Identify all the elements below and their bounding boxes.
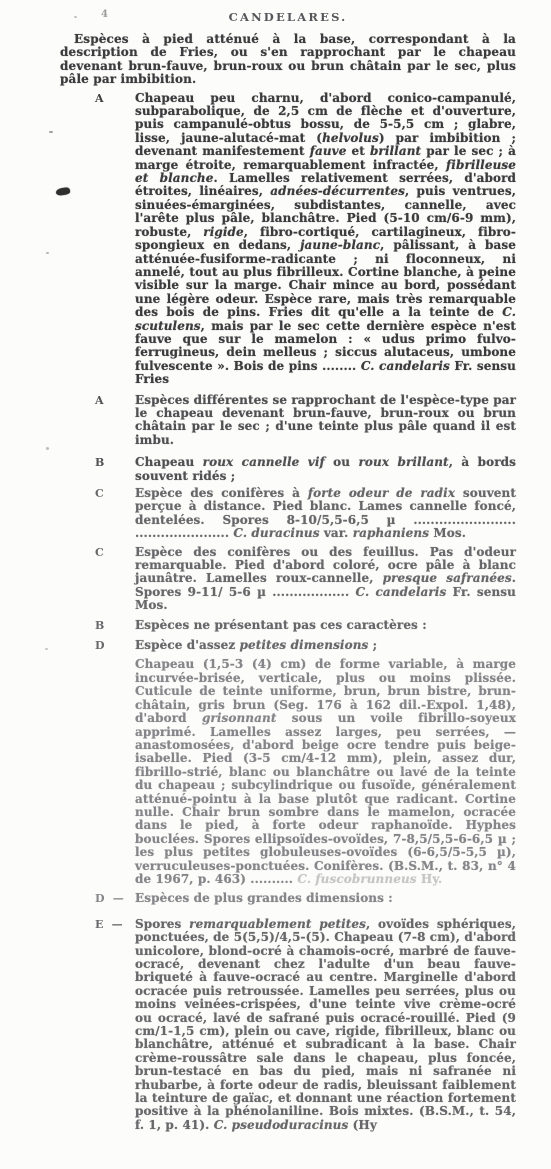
scanned-book-page: { "page": { "page_number": "4", "header"… <box>0 0 551 1169</box>
entry-letter: D <box>95 639 135 652</box>
key-entry: E— Spores remarquablement petites, ovoïd… <box>60 918 516 1133</box>
key-entry: Chapeau (1,5-3 (4) cm) de forme variable… <box>60 658 516 886</box>
key-entry: C Espèce des conifères ou des feuillus. … <box>60 546 516 613</box>
entry-text: Espèces ne présentant pas ces caractères… <box>135 619 516 632</box>
entry-letter: E— <box>95 918 135 931</box>
key-entry: A Chapeau peu charnu, d'abord conico-cam… <box>60 92 516 387</box>
page-content: CANDELARES. Espèces à pied atténué à la … <box>60 10 516 1132</box>
running-head: CANDELARES. <box>60 10 516 24</box>
entry-text: Chapeau (1,5-3 (4) cm) de forme variable… <box>135 658 516 886</box>
paper-speck <box>46 252 49 254</box>
entry-letter: B <box>95 456 135 469</box>
page-sheet: 4 CANDELARES. Espèces à pied atténué à l… <box>0 0 551 1169</box>
key-entry: D Espèce d'assez petites dimensions ; <box>60 639 516 652</box>
entry-dash: — <box>113 892 124 905</box>
entry-text: Espèces de plus grandes dimensions : <box>135 892 516 905</box>
entry-letter: A <box>95 394 135 407</box>
entry-letter-glyph: E <box>95 918 104 931</box>
entry-letter-glyph: C <box>95 546 104 559</box>
entry-letter: C <box>95 487 135 500</box>
paper-speck <box>46 447 49 450</box>
entry-text: Espèce des conifères à forte odeur de ra… <box>135 487 516 541</box>
entry-letter-glyph: D <box>95 892 105 905</box>
paper-speck <box>45 648 48 650</box>
entry-text: Spores remarquablement petites, ovoïdes … <box>135 918 516 1133</box>
entry-letter: D— <box>95 892 135 905</box>
key-entry: D— Espèces de plus grandes dimensions : <box>60 892 516 905</box>
key-entry: A Espèces différentes se rapprochant de … <box>60 394 516 448</box>
entry-text: Espèce d'assez petites dimensions ; <box>135 639 516 652</box>
entry-letter-glyph: C <box>95 487 104 500</box>
paper-speck <box>49 131 53 133</box>
entry-text: Espèces différentes se rapprochant de l'… <box>135 394 516 448</box>
entry-letter: C <box>95 546 135 559</box>
intro-paragraph: Espèces à pied atténué à la base, corres… <box>60 33 516 87</box>
entry-letter-glyph: B <box>95 619 105 632</box>
entry-text: Espèce des conifères ou des feuillus. Pa… <box>135 546 516 613</box>
entry-text: Chapeau roux cannelle vif ou roux brilla… <box>135 456 516 483</box>
entry-letter-glyph: B <box>95 456 105 469</box>
entry-letter-glyph: A <box>95 394 104 407</box>
entry-dash: — <box>112 918 123 931</box>
entry-letter: A <box>95 92 135 105</box>
key-entry: C Espèce des conifères à forte odeur de … <box>60 487 516 541</box>
entry-letter-glyph: A <box>95 92 104 105</box>
key-entry: B Espèces ne présentant pas ces caractèr… <box>60 619 516 632</box>
key-entries: A Chapeau peu charnu, d'abord conico-cam… <box>60 92 516 1133</box>
entry-text: Chapeau peu charnu, d'abord conico-campa… <box>135 92 516 387</box>
entry-letter: B <box>95 619 135 632</box>
entry-letter-glyph: D <box>95 639 105 652</box>
key-entry: B Chapeau roux cannelle vif ou roux bril… <box>60 456 516 483</box>
